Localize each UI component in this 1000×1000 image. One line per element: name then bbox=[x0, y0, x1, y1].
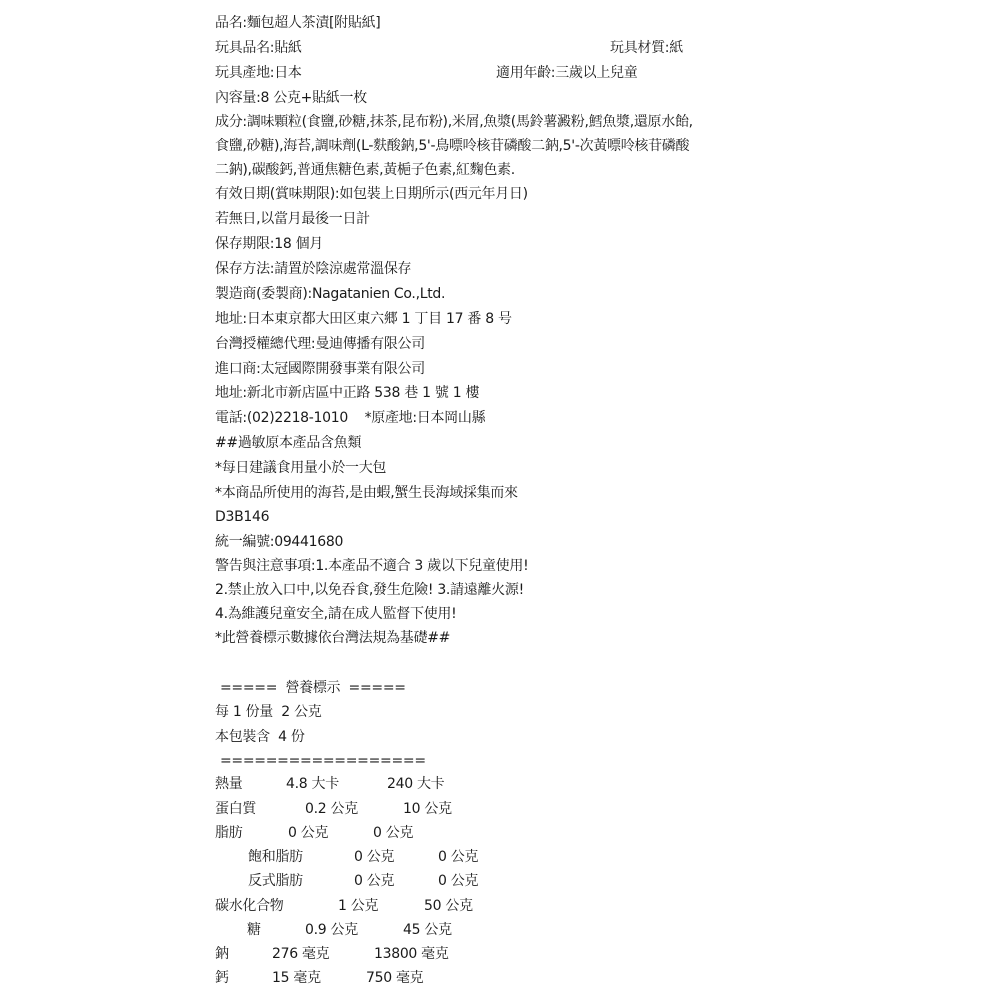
importer: 進口商:太冠國際開發事業有限公司 bbox=[215, 359, 425, 379]
warning-line: 4.為維護兒童安全,請在成人監督下使用! bbox=[215, 604, 456, 624]
nutrition-title: ===== 營養標示 ===== bbox=[220, 678, 406, 698]
per-100g: 10 公克 bbox=[403, 799, 452, 819]
per-serving: 4.8 大卡 bbox=[286, 774, 339, 794]
nutrient-name: 糖 bbox=[247, 920, 261, 940]
per-100g: 750 毫克 bbox=[366, 968, 423, 988]
servings-per-package: 本包裝含 4 份 bbox=[215, 727, 305, 747]
suitable-age: 適用年齡:三歲以上兒童 bbox=[496, 63, 637, 83]
nutrition-divider: ================== bbox=[220, 751, 426, 771]
ingredients-line: 食鹽,砂糖),海苔,調味劑(L-麩酸鈉,5'-鳥嘌呤核苷磷酸二鈉,5'-次黃嘌呤… bbox=[215, 136, 689, 156]
product-code: D3B146 bbox=[215, 507, 269, 527]
nutrient-name: 熱量 bbox=[215, 774, 242, 794]
phone-origin: 電話:(02)2218-1010 *原產地:日本岡山縣 bbox=[215, 408, 485, 428]
expiry-note: 若無日,以當月最後一日計 bbox=[215, 209, 370, 229]
per-100g: 45 公克 bbox=[403, 920, 452, 940]
per-100g: 50 公克 bbox=[424, 896, 473, 916]
nutrient-name: 碳水化合物 bbox=[215, 896, 284, 916]
per-serving: 0.2 公克 bbox=[305, 799, 358, 819]
per-100g: 13800 毫克 bbox=[374, 944, 449, 964]
storage-method: 保存方法:請置於陰涼處常溫保存 bbox=[215, 259, 411, 279]
net-content: 內容量:8 公克+貼紙一枚 bbox=[215, 88, 367, 108]
toy-origin: 玩具產地:日本 bbox=[215, 63, 302, 83]
importer-address: 地址:新北市新店區中正路 538 巷 1 號 1 樓 bbox=[215, 383, 479, 403]
per-100g: 240 大卡 bbox=[387, 774, 444, 794]
seaweed-note: *本商品所使用的海苔,是由蝦,蟹生長海域採集而來 bbox=[215, 483, 518, 503]
serving-size: 每 1 份量 2 公克 bbox=[215, 702, 321, 722]
nutrient-name: 鈉 bbox=[215, 944, 229, 964]
per-serving: 276 毫克 bbox=[272, 944, 329, 964]
per-100g: 0 公克 bbox=[438, 847, 478, 867]
allergen-notice: ##過敏原本產品含魚類 bbox=[215, 433, 361, 453]
expiry-date: 有效日期(賞味期限):如包裝上日期所示(西元年月日) bbox=[215, 184, 528, 204]
warning-line: 2.禁止放入口中,以免吞食,發生危險! 3.請遠離火源! bbox=[215, 580, 524, 600]
manufacturer: 製造商(委製商):Nagatanien Co.,Ltd. bbox=[215, 284, 445, 304]
per-100g: 0 公克 bbox=[438, 871, 478, 891]
ingredients-line: 二鈉),碳酸鈣,普通焦糖色素,黃梔子色素,紅麴色素. bbox=[215, 160, 515, 180]
per-serving: 0 公克 bbox=[288, 823, 328, 843]
toy-name: 玩具品名:貼紙 bbox=[215, 38, 302, 58]
nutrient-name: 飽和脂肪 bbox=[248, 847, 303, 867]
nutrient-name: 鈣 bbox=[215, 968, 229, 988]
per-serving: 0.9 公克 bbox=[305, 920, 358, 940]
per-serving: 0 公克 bbox=[354, 871, 394, 891]
toy-material: 玩具材質:紙 bbox=[610, 38, 683, 58]
per-serving: 15 毫克 bbox=[272, 968, 321, 988]
per-100g: 0 公克 bbox=[373, 823, 413, 843]
manufacturer-address: 地址:日本東京都大田区東六郷 1 丁目 17 番 8 号 bbox=[215, 309, 512, 329]
per-serving: 0 公克 bbox=[354, 847, 394, 867]
warning-line: 警告與注意事項:1.本產品不適合 3 歲以下兒童使用! bbox=[215, 556, 528, 576]
tax-id: 統一編號:09441680 bbox=[215, 532, 343, 552]
taiwan-agent: 台灣授權總代理:曼迪傳播有限公司 bbox=[215, 334, 425, 354]
daily-intake-note: *每日建議食用量小於一大包 bbox=[215, 458, 386, 478]
nutrient-name: 蛋白質 bbox=[215, 799, 256, 819]
nutrient-name: 反式脂肪 bbox=[248, 871, 303, 891]
ingredients-line: 成分:調味顆粒(食鹽,砂糖,抹茶,昆布粉),米屑,魚漿(馬鈴薯澱粉,鱈魚漿,還原… bbox=[215, 112, 693, 132]
nutrient-name: 脂肪 bbox=[215, 823, 242, 843]
nutrition-basis-note: *此營養標示數據依台灣法規為基礎## bbox=[215, 628, 450, 648]
product-name: 品名:麵包超人茶漬[附貼紙] bbox=[215, 13, 380, 33]
shelf-life: 保存期限:18 個月 bbox=[215, 234, 323, 254]
per-serving: 1 公克 bbox=[338, 896, 378, 916]
